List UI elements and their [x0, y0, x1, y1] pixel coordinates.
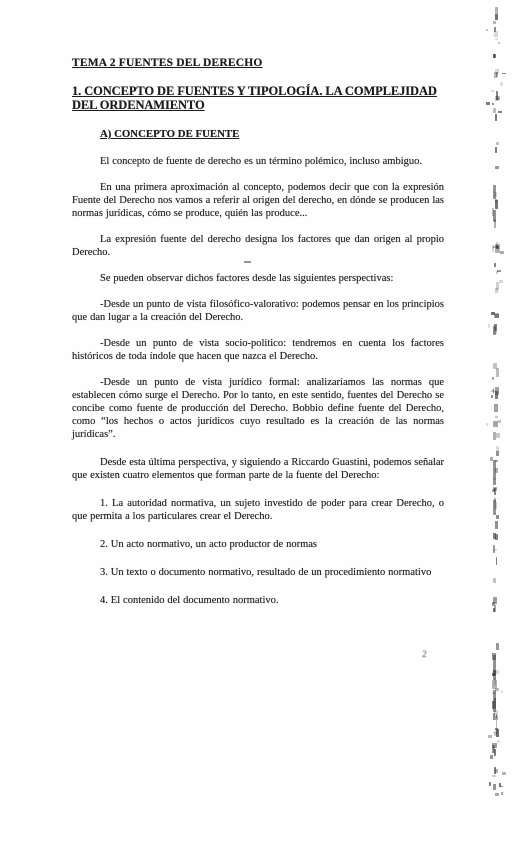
- paragraph: La expresión fuente del derecho designa …: [72, 233, 444, 259]
- paragraph: -Desde un punto de vista jurídico formal…: [72, 376, 444, 441]
- scanned-document-screenshot: { "document": { "title": "TEMA 2 FUENTES…: [0, 0, 515, 848]
- paragraph: -Desde un punto de vista socio-político:…: [72, 337, 444, 363]
- paragraph: El concepto de fuente de derecho es un t…: [72, 155, 444, 168]
- section-heading: 1. CONCEPTO DE FUENTES Y TIPOLOGÍA. LA C…: [72, 85, 444, 112]
- paragraph: -Desde un punto de vista filosófico-valo…: [72, 298, 444, 324]
- list-item: 4. El contenido del documento normativo.: [72, 594, 444, 607]
- paragraph: Se pueden observar dichos factores desde…: [72, 272, 444, 285]
- paragraph: En una primera aproximación al concepto,…: [72, 181, 444, 220]
- document-page: TEMA 2 FUENTES DEL DERECHO 1. CONCEPTO D…: [0, 0, 515, 848]
- list-item: 1. La autoridad normativa, un sujeto inv…: [72, 497, 444, 523]
- paragraph: Desde esta última perspectiva, y siguien…: [72, 456, 444, 482]
- scan-smudge: [244, 261, 251, 263]
- list-item: 3. Un texto o documento normativo, resul…: [72, 566, 444, 579]
- subsection-heading: A) CONCEPTO DE FUENTE: [100, 128, 444, 141]
- document-title: TEMA 2 FUENTES DEL DERECHO: [72, 57, 444, 70]
- list-item: 2. Un acto normativo, un acto productor …: [72, 538, 444, 551]
- document-content: TEMA 2 FUENTES DEL DERECHO 1. CONCEPTO D…: [72, 57, 444, 620]
- page-number: 2: [422, 650, 427, 660]
